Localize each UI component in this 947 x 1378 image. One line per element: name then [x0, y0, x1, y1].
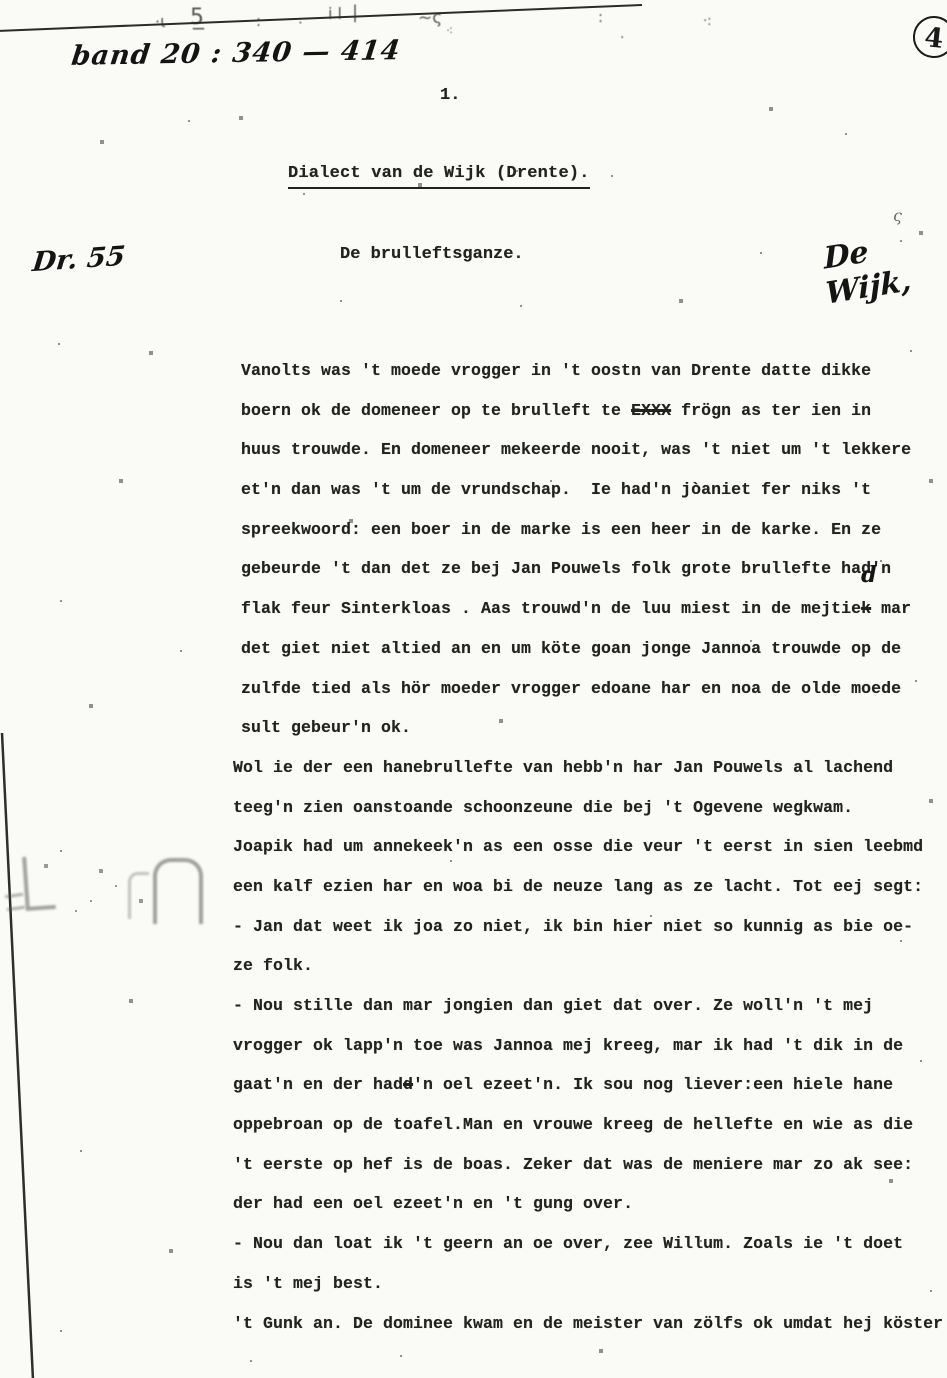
text-line: det giet niet altied an en um köte goan … — [233, 629, 947, 669]
scan-smudge-mark: · — [620, 30, 624, 46]
text-line: zulfde tied als hör moeder vrogger edoan… — [233, 669, 947, 709]
text-line: vrogger ok lapp'n toe was Jannoa mej kre… — [233, 1026, 947, 1066]
page-number: 1. — [440, 86, 460, 105]
scan-smudge-mark: ·ι — [155, 12, 166, 31]
scan-smudge-mark: ~ς — [418, 8, 442, 28]
faded-stamp-edge — [5, 893, 25, 911]
text-line: spreekwoord: een boer in de marke is een… — [233, 510, 947, 550]
document-page: ·ι5̲:·i l|~ς⁖:··: band 20 : 340 — 414 4 … — [0, 0, 947, 1378]
text-line: is 't mej best. — [233, 1264, 947, 1304]
handwritten-band-note: band 20 : 340 — 414 — [70, 35, 403, 72]
scan-speckles — [0, 0, 2, 2]
circled-page-corner-number: 4 — [911, 14, 947, 60]
document-subtitle: De brulleftsganze. — [340, 245, 524, 264]
text-line: een kalf ezien har en woa bi de neuze la… — [233, 867, 947, 907]
scan-smudge-mark: 5̲ — [190, 5, 204, 30]
struck-out-text: d — [403, 1065, 413, 1105]
text-line: ze folk. — [233, 946, 947, 986]
text-line: der had een oel ezeet'n en 't gung over. — [233, 1184, 947, 1224]
struck-out-text: EXXX — [631, 391, 671, 431]
text-line: teeg'n zien oanstoande schoonzeune die b… — [233, 788, 947, 828]
handwritten-squiggle: ς — [893, 206, 902, 225]
scan-edge-line-top — [0, 5, 642, 31]
handwritten-correction: d — [861, 565, 876, 585]
handwritten-place-name: De Wijk, — [823, 222, 947, 312]
scan-smudge-mark: : — [598, 8, 603, 26]
scan-smudge-mark: ⁖ — [446, 24, 453, 38]
scan-smudge-mark: · — [298, 14, 303, 32]
text-line: gaat'n en der hadd'n oel ezeet'n. Ik sou… — [233, 1065, 947, 1105]
faded-stamp-mark — [22, 855, 56, 911]
scan-smudge-mark: | — [352, 2, 358, 23]
scan-smudge-mark: : — [256, 12, 261, 30]
struck-out-text: kd — [861, 589, 871, 629]
handwritten-archive-number: Dr. 55 — [31, 241, 127, 278]
text-line: - Nou stille dan mar jongien dan giet da… — [233, 986, 947, 1026]
body-text: Vanolts was 't moede vrogger in 't oostn… — [233, 351, 947, 1343]
text-line: oppebroan op de toafel.Man en vrouwe kre… — [233, 1105, 947, 1145]
page-edge-line — [2, 733, 33, 1378]
text-line: Vanolts was 't moede vrogger in 't oostn… — [233, 351, 947, 391]
text-line: boern ok de domeneer op te brulleft te E… — [233, 391, 947, 431]
text-line: flak feur Sinterkloas . Aas trouwd'n de … — [233, 589, 947, 629]
text-line: Joapik had um annekeek'n as een osse die… — [233, 827, 947, 867]
text-line: et'n dan was 't um de vrundschap. Ie had… — [233, 470, 947, 510]
faded-stamp-arch — [153, 858, 203, 924]
text-line: gebeurde 't dan det ze bej Jan Pouwels f… — [233, 549, 947, 589]
text-line: Wol ie der een hanebrullefte van hebb'n … — [233, 748, 947, 788]
faded-stamp-arch2 — [128, 872, 149, 919]
text-line: sult gebeur'n ok. — [233, 708, 947, 748]
text-line: - Nou dan loat ik 't geern an oe over, z… — [233, 1224, 947, 1264]
text-line: 't Gunk an. De dominee kwam en de meiste… — [233, 1304, 947, 1344]
document-title: Dialect van de Wijk (Drente). — [288, 164, 590, 189]
text-line: - Jan dat weet ik joa zo niet, ik bin hi… — [233, 907, 947, 947]
text-line: 't eerste op hef is de boas. Zeker dat w… — [233, 1145, 947, 1185]
text-line: huus trouwde. En domeneer mekeerde nooit… — [233, 430, 947, 470]
scan-smudge-mark: i l — [328, 4, 342, 23]
scan-smudge-mark: ·: — [703, 14, 712, 29]
